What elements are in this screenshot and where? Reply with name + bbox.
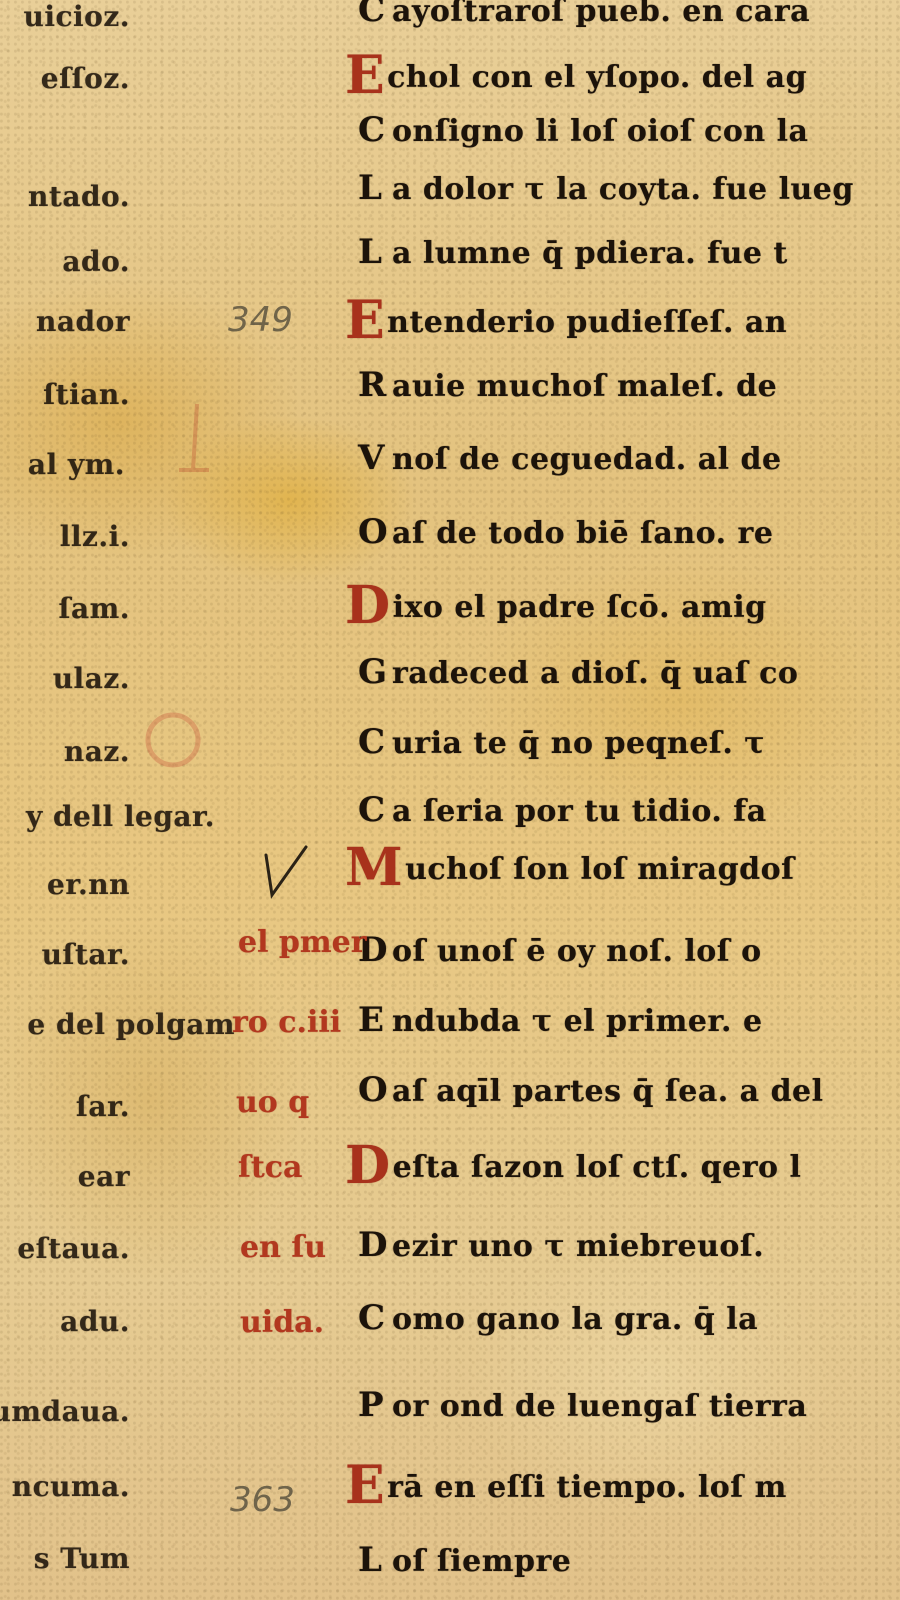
rubric-note: el pmer [238, 925, 367, 960]
left-column-line: ear [78, 1160, 130, 1193]
line-capital: C [358, 790, 392, 830]
left-column-line: s Tum [34, 1542, 130, 1575]
line-text: radeced a dioſ. q̄ uaſ co [392, 656, 798, 691]
left-column-line: eſtaua. [17, 1232, 130, 1265]
right-column-line: Dezir uno τ miebreuoſ. [358, 1225, 764, 1265]
line-text: oſ ſiempre [392, 1544, 571, 1579]
line-capital: R [358, 365, 392, 405]
left-column-line: y dell legar. [26, 800, 215, 833]
left-column-line: ſar. [76, 1090, 130, 1123]
rubric-note: ro c.iii [232, 1005, 341, 1040]
line-text: rā en eſſi tiempo. loſ m [387, 1470, 787, 1505]
left-column-line: ncuma. [12, 1470, 130, 1503]
line-capital: O [358, 512, 392, 552]
red-margin-stroke [175, 400, 215, 480]
left-column-line: uicioz. [23, 0, 130, 33]
line-text: noſ de ceguedad. al de [392, 442, 782, 477]
line-text: eſta ſazon loſ ctſ. qero l [393, 1150, 802, 1185]
rubricated-initial: D [345, 1140, 391, 1192]
right-column-line: Loſ ſiempre [358, 1540, 571, 1580]
right-column-line: Como gano la gra. q̄ la [358, 1298, 758, 1338]
line-capital: D [358, 1225, 392, 1265]
line-capital: V [358, 438, 392, 478]
line-text: uria te q̄ no peqneſ. τ [392, 726, 765, 761]
left-column-line: e del polgam [27, 1008, 235, 1041]
line-capital: C [358, 722, 392, 762]
rubric-note: en ſu [240, 1230, 326, 1265]
manuscript-page: uicioz.eſſoz.ntado.ado.nadorſtian.al ym.… [0, 0, 900, 1600]
line-text: a ſeria por tu tidio. fa [392, 794, 767, 829]
line-text: onſigno li loſ oioſ con la [392, 114, 809, 149]
right-column-line: Deſta ſazon loſ ctſ. qero l [345, 1140, 801, 1192]
line-capital: L [358, 232, 392, 272]
line-capital: L [358, 1540, 392, 1580]
right-column-line: Oaſ aqīl partes q̄ ſea. a del [358, 1070, 824, 1110]
left-column-line: umdaua. [0, 1395, 130, 1428]
line-text: omo gano la gra. q̄ la [392, 1302, 758, 1337]
rubricated-initial: E [345, 50, 385, 102]
right-column-line: La lumne q̄ pdiera. fue t [358, 232, 788, 272]
rubricated-initial: M [345, 842, 403, 894]
left-column-line: ado. [62, 245, 130, 278]
line-capital: G [358, 652, 392, 692]
line-text: uchoſ ſon loſ miragdoſ [405, 852, 794, 887]
line-capital: C [358, 110, 392, 150]
line-text: ixo el padre ſcō. amig [393, 590, 767, 625]
rubricated-initial: E [345, 295, 385, 347]
right-column-line: Echol con el yſopo. del ag [345, 50, 807, 102]
left-column-line: al ym. [28, 448, 125, 481]
left-column-line: uſtar. [42, 938, 130, 971]
rubric-note: ſtca [238, 1150, 302, 1185]
right-column-line: Endubda τ el primer. e [358, 1000, 763, 1040]
line-capital: L [358, 168, 392, 208]
left-column-line: er.nn [47, 868, 130, 901]
right-column-line: Gradeced a dioſ. q̄ uaſ co [358, 652, 798, 692]
line-text: ndubda τ el primer. e [392, 1004, 763, 1039]
left-column-line: llz.i. [60, 520, 130, 553]
rubric-note: uo q [236, 1085, 309, 1120]
line-capital: P [358, 1385, 392, 1425]
right-column-line: Doſ unoſ ē oy noſ. loſ o [358, 930, 762, 970]
rubricated-initial: E [345, 1460, 385, 1512]
left-column-line: ſtian. [43, 378, 130, 411]
left-column-line: nador [36, 305, 130, 338]
right-column-line: Vnoſ de ceguedad. al de [358, 438, 782, 478]
left-column-line: eſſoz. [41, 62, 130, 95]
left-column-line: ſam. [58, 592, 130, 625]
line-text: a dolor τ la coyta. fue lueg [392, 172, 854, 207]
left-column-line: ntado. [28, 180, 130, 213]
line-text: ntenderio pudieſſeſ. an [387, 305, 787, 340]
pencil-folio-number: 349 [228, 300, 293, 340]
right-column-line: Ca ſeria por tu tidio. fa [358, 790, 767, 830]
checkmark-icon [262, 845, 312, 905]
line-text: or ond de luengaſ tierra [392, 1389, 807, 1424]
line-capital: O [358, 1070, 392, 1110]
right-column-line: Rauie muchoſ maleſ. de [358, 365, 777, 405]
right-column-line: Por ond de luengaſ tierra [358, 1385, 807, 1425]
line-text: ezir uno τ miebreuoſ. [392, 1229, 764, 1264]
right-column-line: Muchoſ ſon loſ miragdoſ [345, 842, 795, 894]
right-column-line: Cayoſtraroſ pueb. en cara [358, 0, 810, 30]
rubricated-initial: D [345, 580, 391, 632]
line-text: chol con el yſopo. del ag [387, 60, 807, 95]
left-column-line: adu. [60, 1305, 130, 1338]
right-column-line: La dolor τ la coyta. fue lueg [358, 168, 854, 208]
right-column-line: Conſigno li loſ oioſ con la [358, 110, 809, 150]
right-column-line: Oaſ de todo biē ſano. re [358, 512, 773, 552]
right-column-line: Entenderio pudieſſeſ. an [345, 295, 787, 347]
red-circle-mark [138, 705, 208, 775]
left-column-line: ulaz. [53, 662, 130, 695]
right-column-line: Dixo el padre ſcō. amig [345, 580, 767, 632]
line-capital: C [358, 0, 392, 30]
line-capital: E [358, 1000, 392, 1040]
line-text: a lumne q̄ pdiera. fue t [392, 236, 788, 271]
line-text: oſ unoſ ē oy noſ. loſ o [392, 934, 762, 969]
pencil-folio-number: 363 [230, 1480, 295, 1520]
line-text: aſ aqīl partes q̄ ſea. a del [392, 1074, 824, 1109]
line-text: aſ de todo biē ſano. re [392, 516, 773, 551]
line-capital: C [358, 1298, 392, 1338]
line-text: auie muchoſ maleſ. de [392, 369, 777, 404]
left-column-line: naz. [64, 735, 130, 768]
line-text: ayoſtraroſ pueb. en cara [392, 0, 810, 29]
right-column-line: Erā en eſſi tiempo. loſ m [345, 1460, 787, 1512]
right-column-line: Curia te q̄ no peqneſ. τ [358, 722, 765, 762]
rubric-note: uida. [240, 1305, 324, 1340]
